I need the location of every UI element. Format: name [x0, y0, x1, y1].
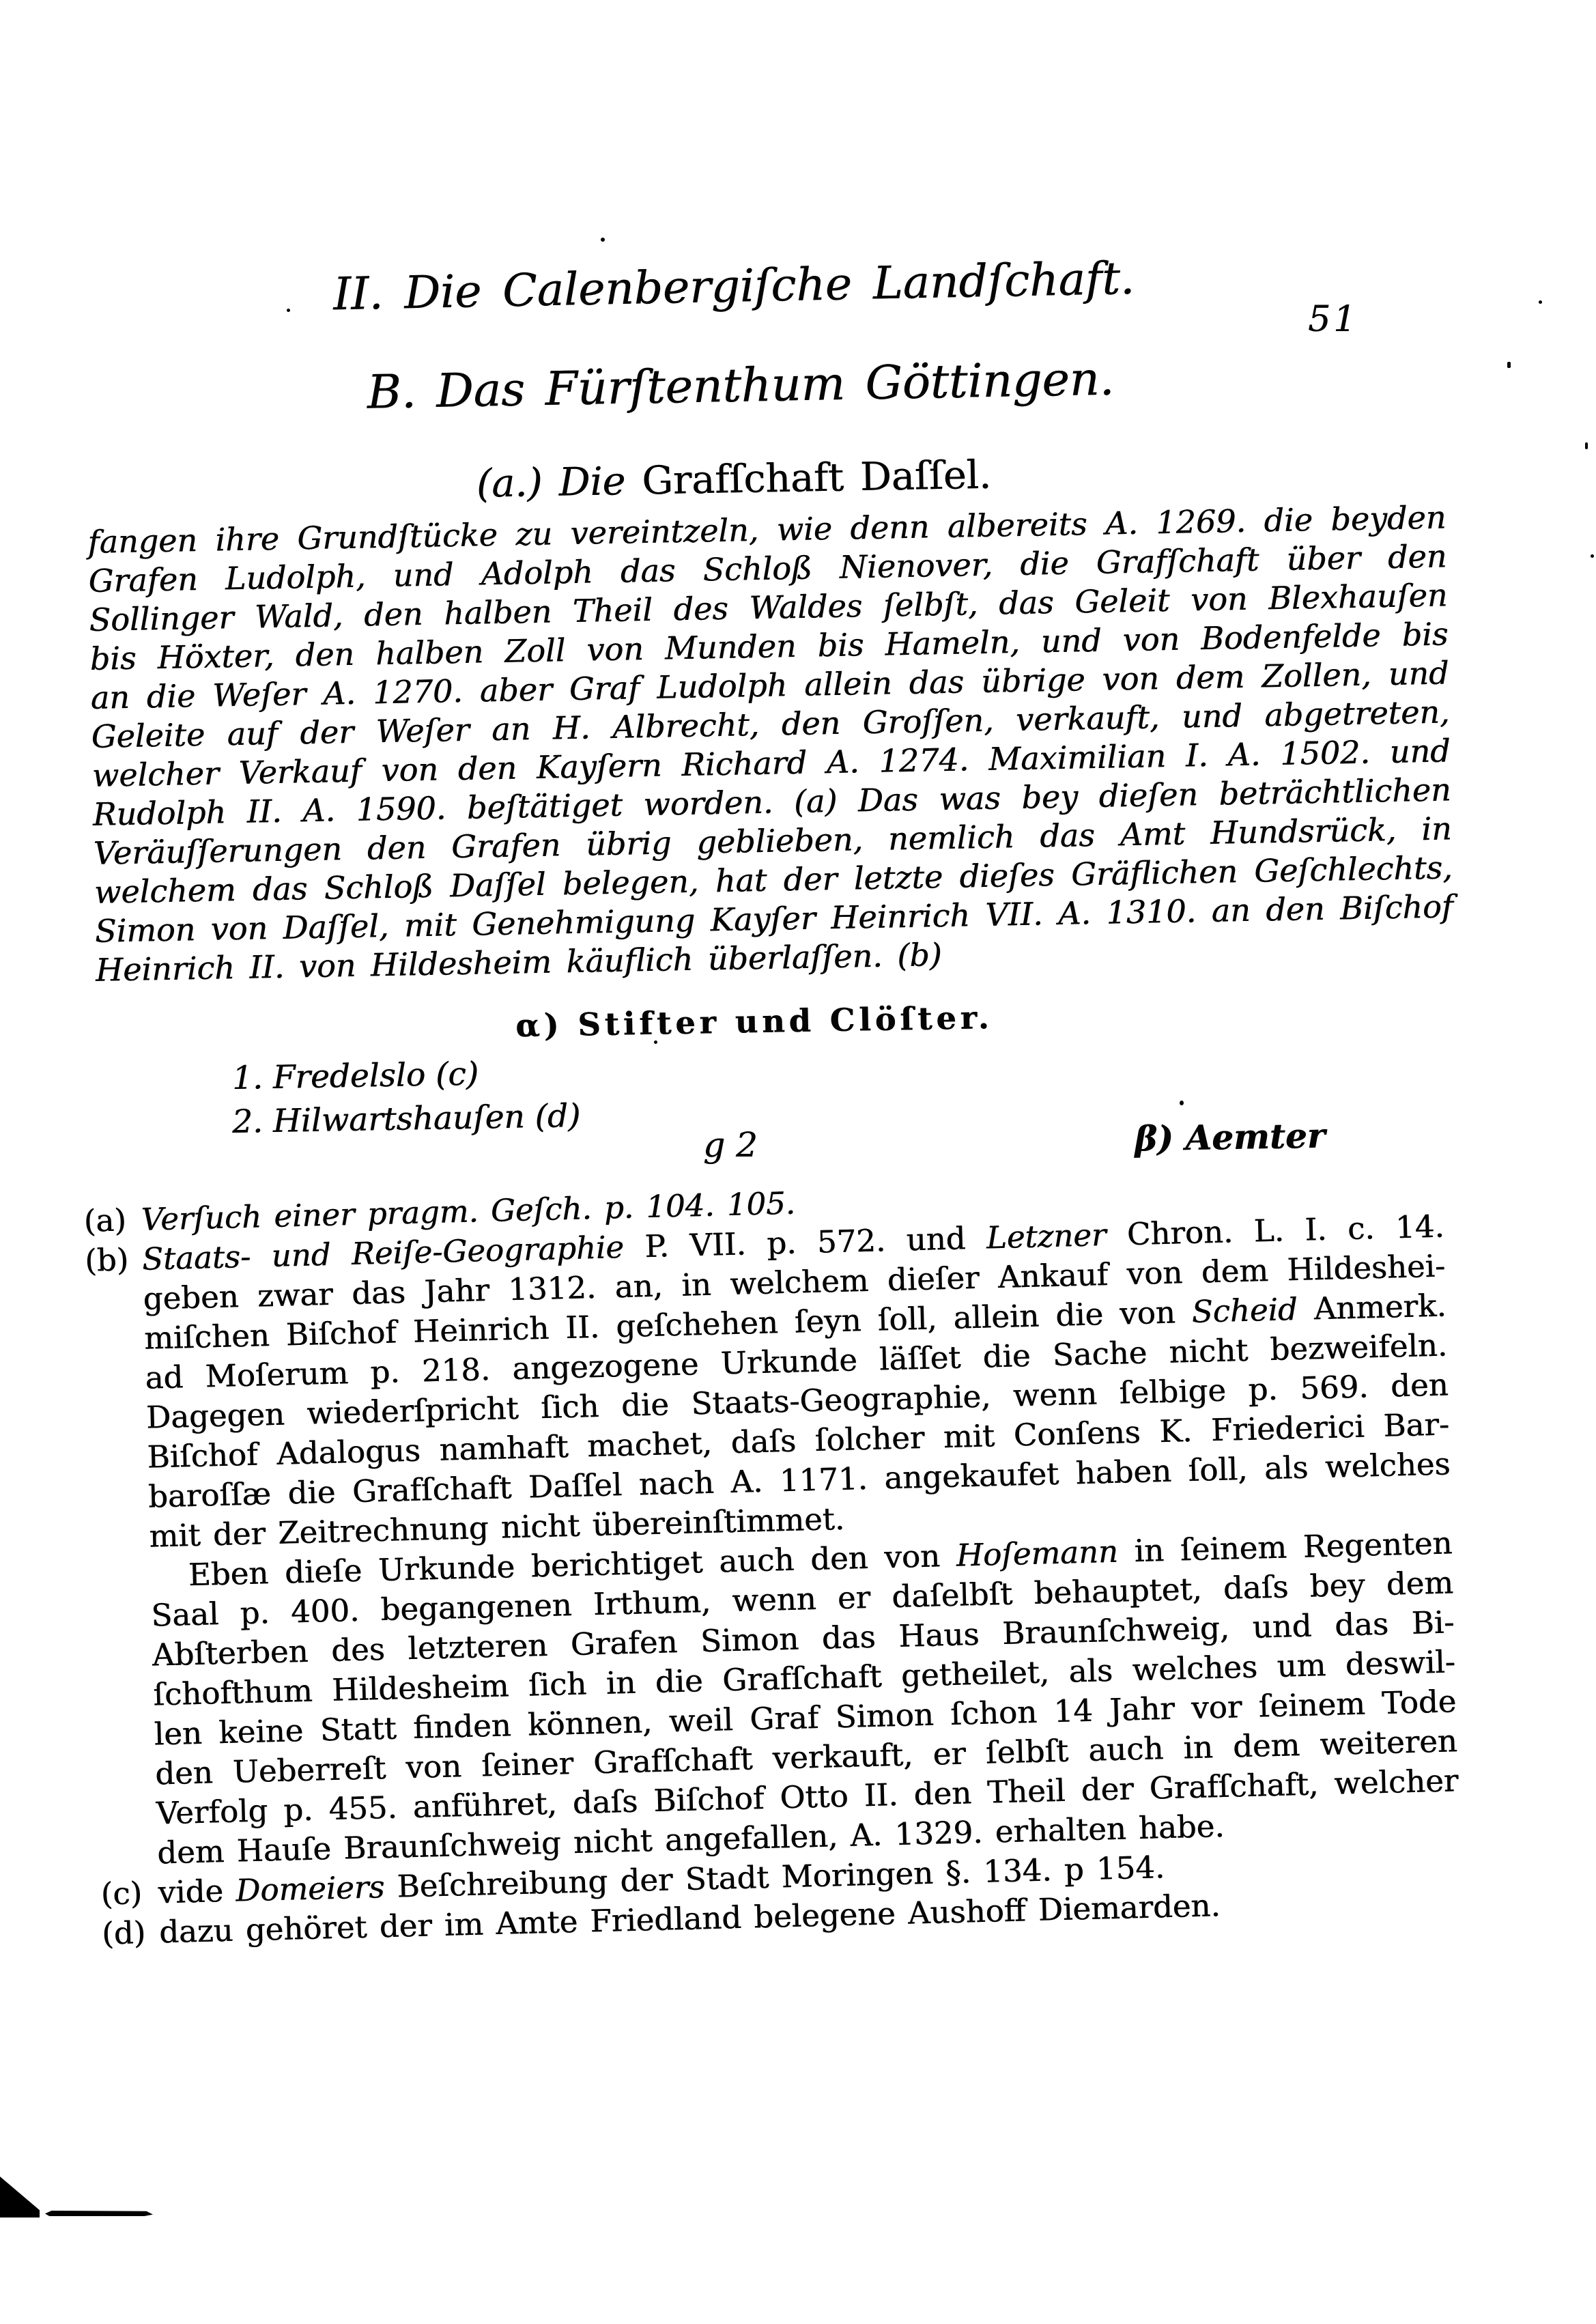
- scanned-book-page: II. Die Calenbergiſche Landſchaft. 51 B.…: [0, 0, 1596, 2324]
- scan-speck: [1507, 362, 1511, 368]
- scan-artifact-streak: [45, 2211, 153, 2216]
- footnote-marker: (b): [84, 1240, 142, 1281]
- subsection-prefix: (a.) Die: [476, 459, 642, 507]
- list-item-fredelslo: 1. Fredelslo (c): [232, 1055, 479, 1097]
- footnote-marker: (d): [101, 1913, 159, 1954]
- catchword: β) Aemter: [1135, 1116, 1326, 1159]
- scan-speck: [1585, 442, 1588, 449]
- scan-speck: [1591, 554, 1594, 558]
- signature-mark: g 2: [703, 1125, 758, 1165]
- scan-speck: [1539, 300, 1542, 304]
- body-paragraph: fangen ihre Grundſtücke zu vereintzeln, …: [87, 498, 1454, 990]
- list-item-hilwartshausen: 2. Hilwartshauſen (d): [232, 1097, 581, 1141]
- scan-speck: [1180, 1101, 1184, 1105]
- stifter-heading: α) Stifter und Clöſter.: [410, 997, 1100, 1046]
- scan-speck: [654, 1040, 657, 1044]
- page-number: 51: [1308, 299, 1358, 340]
- subsection-name: Grafſchaft Daſſel.: [642, 453, 992, 504]
- footnotes: (a)Verſuch einer pragm. Geſch. p. 104. 1…: [83, 1167, 1462, 1954]
- running-title: II. Die Calenbergiſche Landſchaft.: [313, 253, 1154, 320]
- scan-speck: [287, 309, 290, 312]
- scan-artifact-triangle: [0, 2177, 40, 2217]
- footnote-marker: (c): [100, 1873, 158, 1914]
- scan-speck: [601, 238, 605, 242]
- subsection-heading: (a.) Die Grafſchaft Daſſel.: [313, 451, 1154, 509]
- footnote-marker: (a): [83, 1200, 141, 1241]
- chapter-heading: B. Das Fürſtenthum Göttingen.: [320, 353, 1160, 419]
